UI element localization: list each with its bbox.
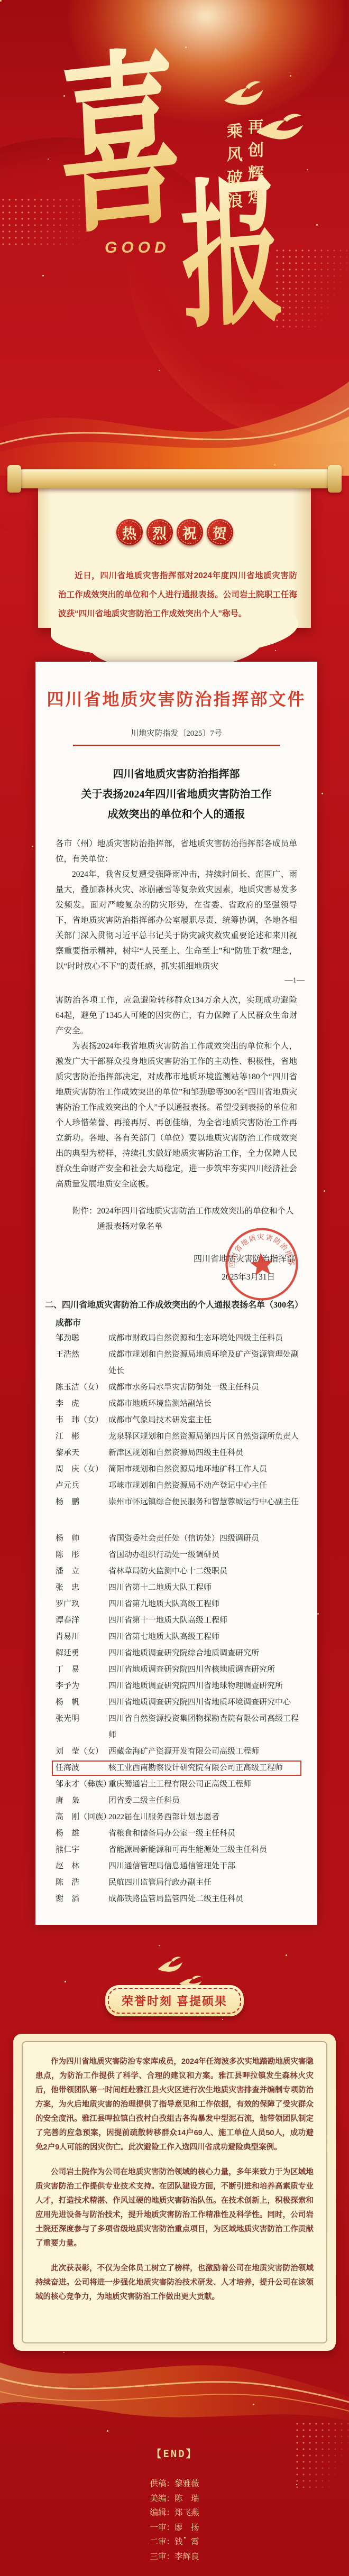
person-name: 李予为	[56, 1678, 108, 1694]
person-organization: 成都市规划和自然资源局地质环境及矿产资源管理处副处长	[108, 1347, 301, 1379]
person-organization: 西藏金海矿产资源开发有限公司高级工程师	[108, 1744, 301, 1760]
dove-icon	[221, 79, 272, 111]
honor-panel: 作为四川省地质灾害防治专家库成员，2024年任海波多次实地踏勘地质灾害隐患点，为…	[13, 2034, 336, 2351]
credits-list: 供稿：黎雅薇 美编：陈 瑞 编辑：郑飞燕 一审：廖 扬 二审：钱 霄 三审：李辉…	[0, 2477, 349, 2564]
person-name: 刘 莹（女）	[56, 1744, 108, 1760]
roster-row: 任海波 核工业西南勘察设计研究院有限公司正高级工程师	[56, 1760, 301, 1776]
person-organization: 崇州市怀远镇综合便民服务和智慧蓉城运行中心副主任	[108, 1494, 301, 1511]
person-organization: 四川省第十二地质大队工程师	[108, 1580, 301, 1596]
official-seal: 四川省地质灾害防治指挥部	[218, 1221, 306, 1308]
announcement-text: 近日，四川省地质灾害指挥部对2024年度四川省地质灾害防治工作成效突出的单位和个…	[58, 567, 297, 624]
person-organization: 简阳市规划和自然资源局地环地矿科工作人员	[108, 1461, 301, 1478]
honor-badge-label: 荣誉时刻 喜提硕果	[108, 1988, 241, 2014]
person-organization: 四川省地质调查研究院综合地质调查研究所	[108, 1645, 301, 1662]
congrats-badge-circle: 祝	[177, 519, 203, 545]
slogan-zaichuanghuihuang: 再创辉煌	[242, 118, 265, 211]
person-name: 丁 易	[56, 1662, 108, 1678]
person-name: 黎承天	[56, 1445, 108, 1461]
person-organization: 省国动办组织行动处一级调研员	[108, 1547, 301, 1563]
credit-line: 三审：李辉良	[0, 2550, 349, 2564]
roster-row: 唐 枭 团省委二级主任科员	[56, 1793, 301, 1809]
roster-row: 张光明 四川省自然资源投资集团物探勘查院有限公司高级工程师	[56, 1711, 301, 1744]
person-organization: 2022届在川服务西部计划志愿者	[108, 1809, 301, 1826]
person-name: 谢 滔	[56, 1891, 108, 1907]
roster-row: 赵 林 四川通信管理局信息通信管理处干部	[56, 1858, 301, 1875]
roster-row: 谢 滔 成都铁路监管局监管四处二级主任科员	[56, 1891, 301, 1907]
honor-paragraph: 公司岩土院作为公司在地质灾害防治领域的核心力量，多年来致力于为区域地质灾害防治工…	[35, 2165, 314, 2251]
slogan-chengfengpolang: 乘风破浪	[221, 123, 244, 216]
notice-title-line3: 成效突出的单位和个人的通报	[35, 804, 317, 824]
roster-row: 潘 立 省林草局防火监测中心十二级职员	[56, 1563, 301, 1580]
title-char-xi: 喜	[55, 42, 185, 245]
person-name: 肖易川	[56, 1629, 108, 1645]
roster-row: 解廷勇 四川省地质调查研究院综合地质调查研究所	[56, 1645, 301, 1662]
person-name: 赵 林	[56, 1858, 108, 1875]
credit-line: 供稿：黎雅薇	[0, 2477, 349, 2491]
document-body-page2: 害防治各项工作，应急避险转移群众134万余人次，实现成功避险64起，避免了134…	[56, 993, 297, 1192]
body-paragraph-2: 害防治各项工作，应急避险转移群众134万余人次，实现成功避险64起，避免了134…	[56, 993, 297, 1039]
person-name: 李 虎	[56, 1396, 108, 1412]
person-organization: 四川省地质调查研究院四川省地质环境调查研究中心	[108, 1694, 301, 1711]
person-organization: 邛崃市规划和自然资源局不动产登记中心主任	[108, 1478, 301, 1494]
person-organization: 四川省第十一地质大队高级工程师	[108, 1613, 301, 1629]
person-organization: 成都市气象局技术研发室主任	[108, 1412, 301, 1429]
official-document: 四川省地质灾害防治指挥部文件 川地灾防指发〔2025〕7号 四川省地质灾害防治指…	[35, 662, 317, 1925]
credit-line: 编辑：郑飞燕	[0, 2506, 349, 2521]
congrats-badge-row: 热 烈 祝 贺	[0, 519, 349, 545]
person-name: 张 忠	[56, 1580, 108, 1596]
roster-row: 杨 帅 省国资委社会责任处（信访处）四级调研员	[56, 1531, 301, 1547]
person-name: 任海波	[56, 1760, 108, 1776]
roster-row: 邹劲聪 成都市财政局自然资源和生态环境处四级主任科员	[56, 1330, 301, 1347]
congrats-badge-circle: 烈	[146, 519, 173, 545]
person-name: 唐 枭	[56, 1793, 108, 1809]
roster-group-1: 邹劲聪 成都市财政局自然资源和生态环境处四级主任科员 王浩然 成都市规划和自然资…	[56, 1330, 301, 1511]
person-organization: 四川省第九地质大队高级工程师	[108, 1596, 301, 1613]
person-name: 陈 彤	[56, 1547, 108, 1563]
document-number: 川地灾防指发〔2025〕7号	[35, 727, 317, 738]
person-name: 邹劲聪	[56, 1330, 108, 1347]
attachment-label: 附件：	[72, 1203, 97, 1234]
person-name: 杨 雄	[56, 1826, 108, 1842]
person-organization: 省林草局防火监测中心十二级职员	[108, 1563, 301, 1580]
roster-row: 肖易川 四川省第七地质大队高级工程师	[56, 1629, 301, 1645]
roster-row: 杨 雄 省粮食和储备局办公室一级主任科员	[56, 1826, 301, 1842]
scroll-roller-cap-right	[328, 465, 342, 493]
person-name: 杨 帅	[56, 1531, 108, 1547]
honor-paragraph: 作为四川省地质灾害防治专家库成员，2024年任海波多次实地踏勘地质灾害隐患点，为…	[35, 2055, 314, 2155]
congrats-badge-char: 烈	[152, 522, 167, 543]
person-name: 杨 鹏	[56, 1494, 108, 1511]
good-label: GOOD	[105, 239, 170, 257]
person-name: 周 庆（女）	[56, 1461, 108, 1478]
person-organization: 新津区规划和自然资源局四级主任科员	[108, 1445, 301, 1461]
person-organization: 成都市地质环境监测站副站长	[108, 1396, 301, 1412]
gold-sparkles-small	[0, 0, 1, 1]
person-organization: 龙泉驿区规划和自然资源局第四片区自然资源所负责人	[108, 1429, 301, 1445]
person-organization: 四川省自然资源投资集团物探勘查院有限公司高级工程师	[108, 1711, 301, 1744]
document-red-rule	[73, 745, 280, 746]
congrats-badge-circle: 热	[116, 519, 143, 545]
document-body: 各市（州）地质灾害防治指挥部，省地质灾害防治指挥部各成员单位，有关单位： 202…	[56, 836, 297, 974]
roster-row: 熊仁宇 省能源局新能源和可再生能源处三级主任科员	[56, 1842, 301, 1858]
city-heading: 成都市	[56, 1316, 297, 1328]
roster-row: 韦 玮（女） 成都市气象局技术研发室主任	[56, 1412, 301, 1429]
roster-row: 陈玉洁（女） 成都市水务局水旱灾害防御处一级主任科员	[56, 1379, 301, 1396]
honor-panel-inner: 作为四川省地质灾害防治专家库成员，2024年任海波多次实地踏勘地质灾害隐患点，为…	[22, 2041, 327, 2343]
roster-row: 杨 鹏 崇州市怀远镇综合便民服务和智慧蓉城运行中心副主任	[56, 1494, 301, 1511]
person-name: 卢元兵	[56, 1478, 108, 1494]
notice-title-line1: 四川省地质灾害防治指挥部	[35, 764, 317, 784]
roster-row: 邹永才（彝族） 重庆蜀通岩土工程有限公司正高级工程师	[56, 1776, 301, 1793]
salutation: 各市（州）地质灾害防治指挥部，省地质灾害防治指挥部各成员单位，有关单位：	[56, 836, 297, 867]
scroll-paper-wave-2	[89, 617, 263, 668]
person-organization: 省能源局新能源和可再生能源处三级主任科员	[108, 1842, 301, 1858]
document-header-title: 四川省地质灾害防治指挥部文件	[35, 686, 317, 710]
roster-row: 谭春洋 四川省第十一地质大队高级工程师	[56, 1613, 301, 1629]
end-label: 【END】	[0, 2446, 349, 2460]
person-organization: 四川省地质调查研究院四川省核地质调查研究所	[108, 1662, 301, 1678]
scroll-roller-cap-left	[7, 465, 21, 493]
roster-row: 周 庆（女） 简阳市规划和自然资源局地环地矿科工作人员	[56, 1461, 301, 1478]
roster-row: 张 忠 四川省第十二地质大队工程师	[56, 1580, 301, 1596]
person-organization: 四川通信管理局信息通信管理处干部	[108, 1858, 301, 1875]
roster-group-2: 杨 帅 省国资委社会责任处（信访处）四级调研员 陈 彤 省国动办组织行动处一级调…	[56, 1531, 301, 1907]
roster-row: 李予为 四川省地质调查研究院四川省地球物理调查研究所	[56, 1678, 301, 1694]
person-organization: 成都市财政局自然资源和生态环境处四级主任科员	[108, 1330, 301, 1347]
honor-moment-badge: 荣誉时刻 喜提硕果	[105, 1985, 244, 2016]
golden-wave-decoration	[0, 365, 349, 476]
person-organization: 四川省地质调查研究院四川省地球物理调查研究所	[108, 1678, 301, 1694]
congrats-badge-circle: 贺	[207, 519, 233, 545]
roster-row: 卢元兵 邛崃市规划和自然资源局不动产登记中心主任	[56, 1478, 301, 1494]
roster-page-gap	[35, 1511, 317, 1528]
person-name: 邹永才（彝族）	[56, 1776, 108, 1793]
roster-row: 陈 浩 民航四川监管局行政办副主任	[56, 1875, 301, 1891]
person-name: 韦 玮（女）	[56, 1412, 108, 1429]
person-organization: 民航四川监管局行政办副主任	[108, 1875, 301, 1891]
congrats-badge-char: 热	[122, 522, 136, 543]
person-name: 潘 立	[56, 1563, 108, 1580]
body-paragraph-1: 2024年，我省反复遭受强降雨冲击，持续时间长、范围广、雨量大，叠加森林火灾、冰…	[56, 867, 297, 974]
roster-row: 陈 彤 省国动办组织行动处一级调研员	[56, 1547, 301, 1563]
halftone-dots-right	[274, 247, 349, 329]
person-name: 张光明	[56, 1711, 108, 1727]
congrats-badge-char: 祝	[182, 522, 197, 543]
person-organization: 团省委二级主任科员	[108, 1793, 301, 1809]
person-organization: 核工业西南勘察设计研究院有限公司正高级工程师	[108, 1760, 301, 1776]
roster-row: 李 虎 成都市地质环境监测站副站长	[56, 1396, 301, 1412]
person-organization: 四川省第七地质大队高级工程师	[108, 1629, 301, 1645]
golden-wave-decoration-footer	[0, 2341, 349, 2442]
credit-line: 美编：陈 瑞	[0, 2491, 349, 2506]
person-name: 王浩然	[56, 1347, 108, 1363]
notice-title: 四川省地质灾害防治指挥部 关于表扬2024年四川省地质灾害防治工作 成效突出的单…	[35, 764, 317, 824]
person-name: 熊仁宇	[56, 1842, 108, 1858]
roster-row: 罗广玖 四川省第九地质大队高级工程师	[56, 1596, 301, 1613]
person-name: 杨 帆	[56, 1694, 108, 1711]
person-name: 陈玉洁（女）	[56, 1379, 108, 1396]
roster-row: 丁 易 四川省地质调查研究院四川省核地质调查研究所	[56, 1662, 301, 1678]
scroll-roller-bar	[14, 469, 335, 488]
person-organization: 成都铁路监管局监管四处二级主任科员	[108, 1891, 301, 1907]
person-name: 江 彬	[56, 1429, 108, 1445]
person-name: 罗广玖	[56, 1596, 108, 1613]
roster-row: 高 刚（回族） 2022届在川服务西部计划志愿者	[56, 1809, 301, 1826]
person-organization: 省粮食和储备局办公室一级主任科员	[108, 1826, 301, 1842]
credit-line: 一审：廖 扬	[0, 2521, 349, 2535]
roster-row: 刘 莹（女） 西藏金海矿产资源开发有限公司高级工程师	[56, 1744, 301, 1760]
person-name: 高 刚（回族）	[56, 1809, 108, 1826]
person-name: 解廷勇	[56, 1645, 108, 1662]
person-name: 谭春洋	[56, 1613, 108, 1629]
signature-block: 四川省地质灾害防治指挥部 2025年3月31日 四川省地质灾害防治指挥部	[35, 1252, 317, 1282]
honor-paragraph: 此次获表彰，不仅为全体员工树立了榜样，也激励着公司在地质灾害防治领域持续奋进。公…	[35, 2262, 314, 2304]
credit-line: 二审：钱 霄	[0, 2535, 349, 2550]
roster-row: 王浩然 成都市规划和自然资源局地质环境及矿产资源管理处副处长	[56, 1347, 301, 1379]
person-organization: 重庆蜀通岩土工程有限公司正高级工程师	[108, 1776, 301, 1793]
good-news-poster: 喜 报 再创辉煌 乘风破浪 GOOD 热 烈	[0, 0, 349, 2576]
roster-row: 黎承天 新津区规划和自然资源局四级主任科员	[56, 1445, 301, 1461]
roster-row: 杨 帆 四川省地质调查研究院四川省地质环境调查研究中心	[56, 1694, 301, 1711]
person-organization: 成都市水务局水旱灾害防御处一级主任科员	[108, 1379, 301, 1396]
congrats-badge-char: 贺	[213, 522, 227, 543]
person-name: 陈 浩	[56, 1875, 108, 1891]
person-organization: 省国资委社会责任处（信访处）四级调研员	[108, 1531, 301, 1547]
body-paragraph-3: 为表扬2024年我省地质灾害防治工作成效突出的单位和个人，激发广大干部群众投身地…	[56, 1039, 297, 1192]
roster-row: 江 彬 龙泉驿区规划和自然资源局第四片区自然资源所负责人	[56, 1429, 301, 1445]
notice-title-line2: 关于表扬2024年四川省地质灾害防治工作	[35, 784, 317, 804]
page-marker: —1—	[35, 976, 305, 985]
